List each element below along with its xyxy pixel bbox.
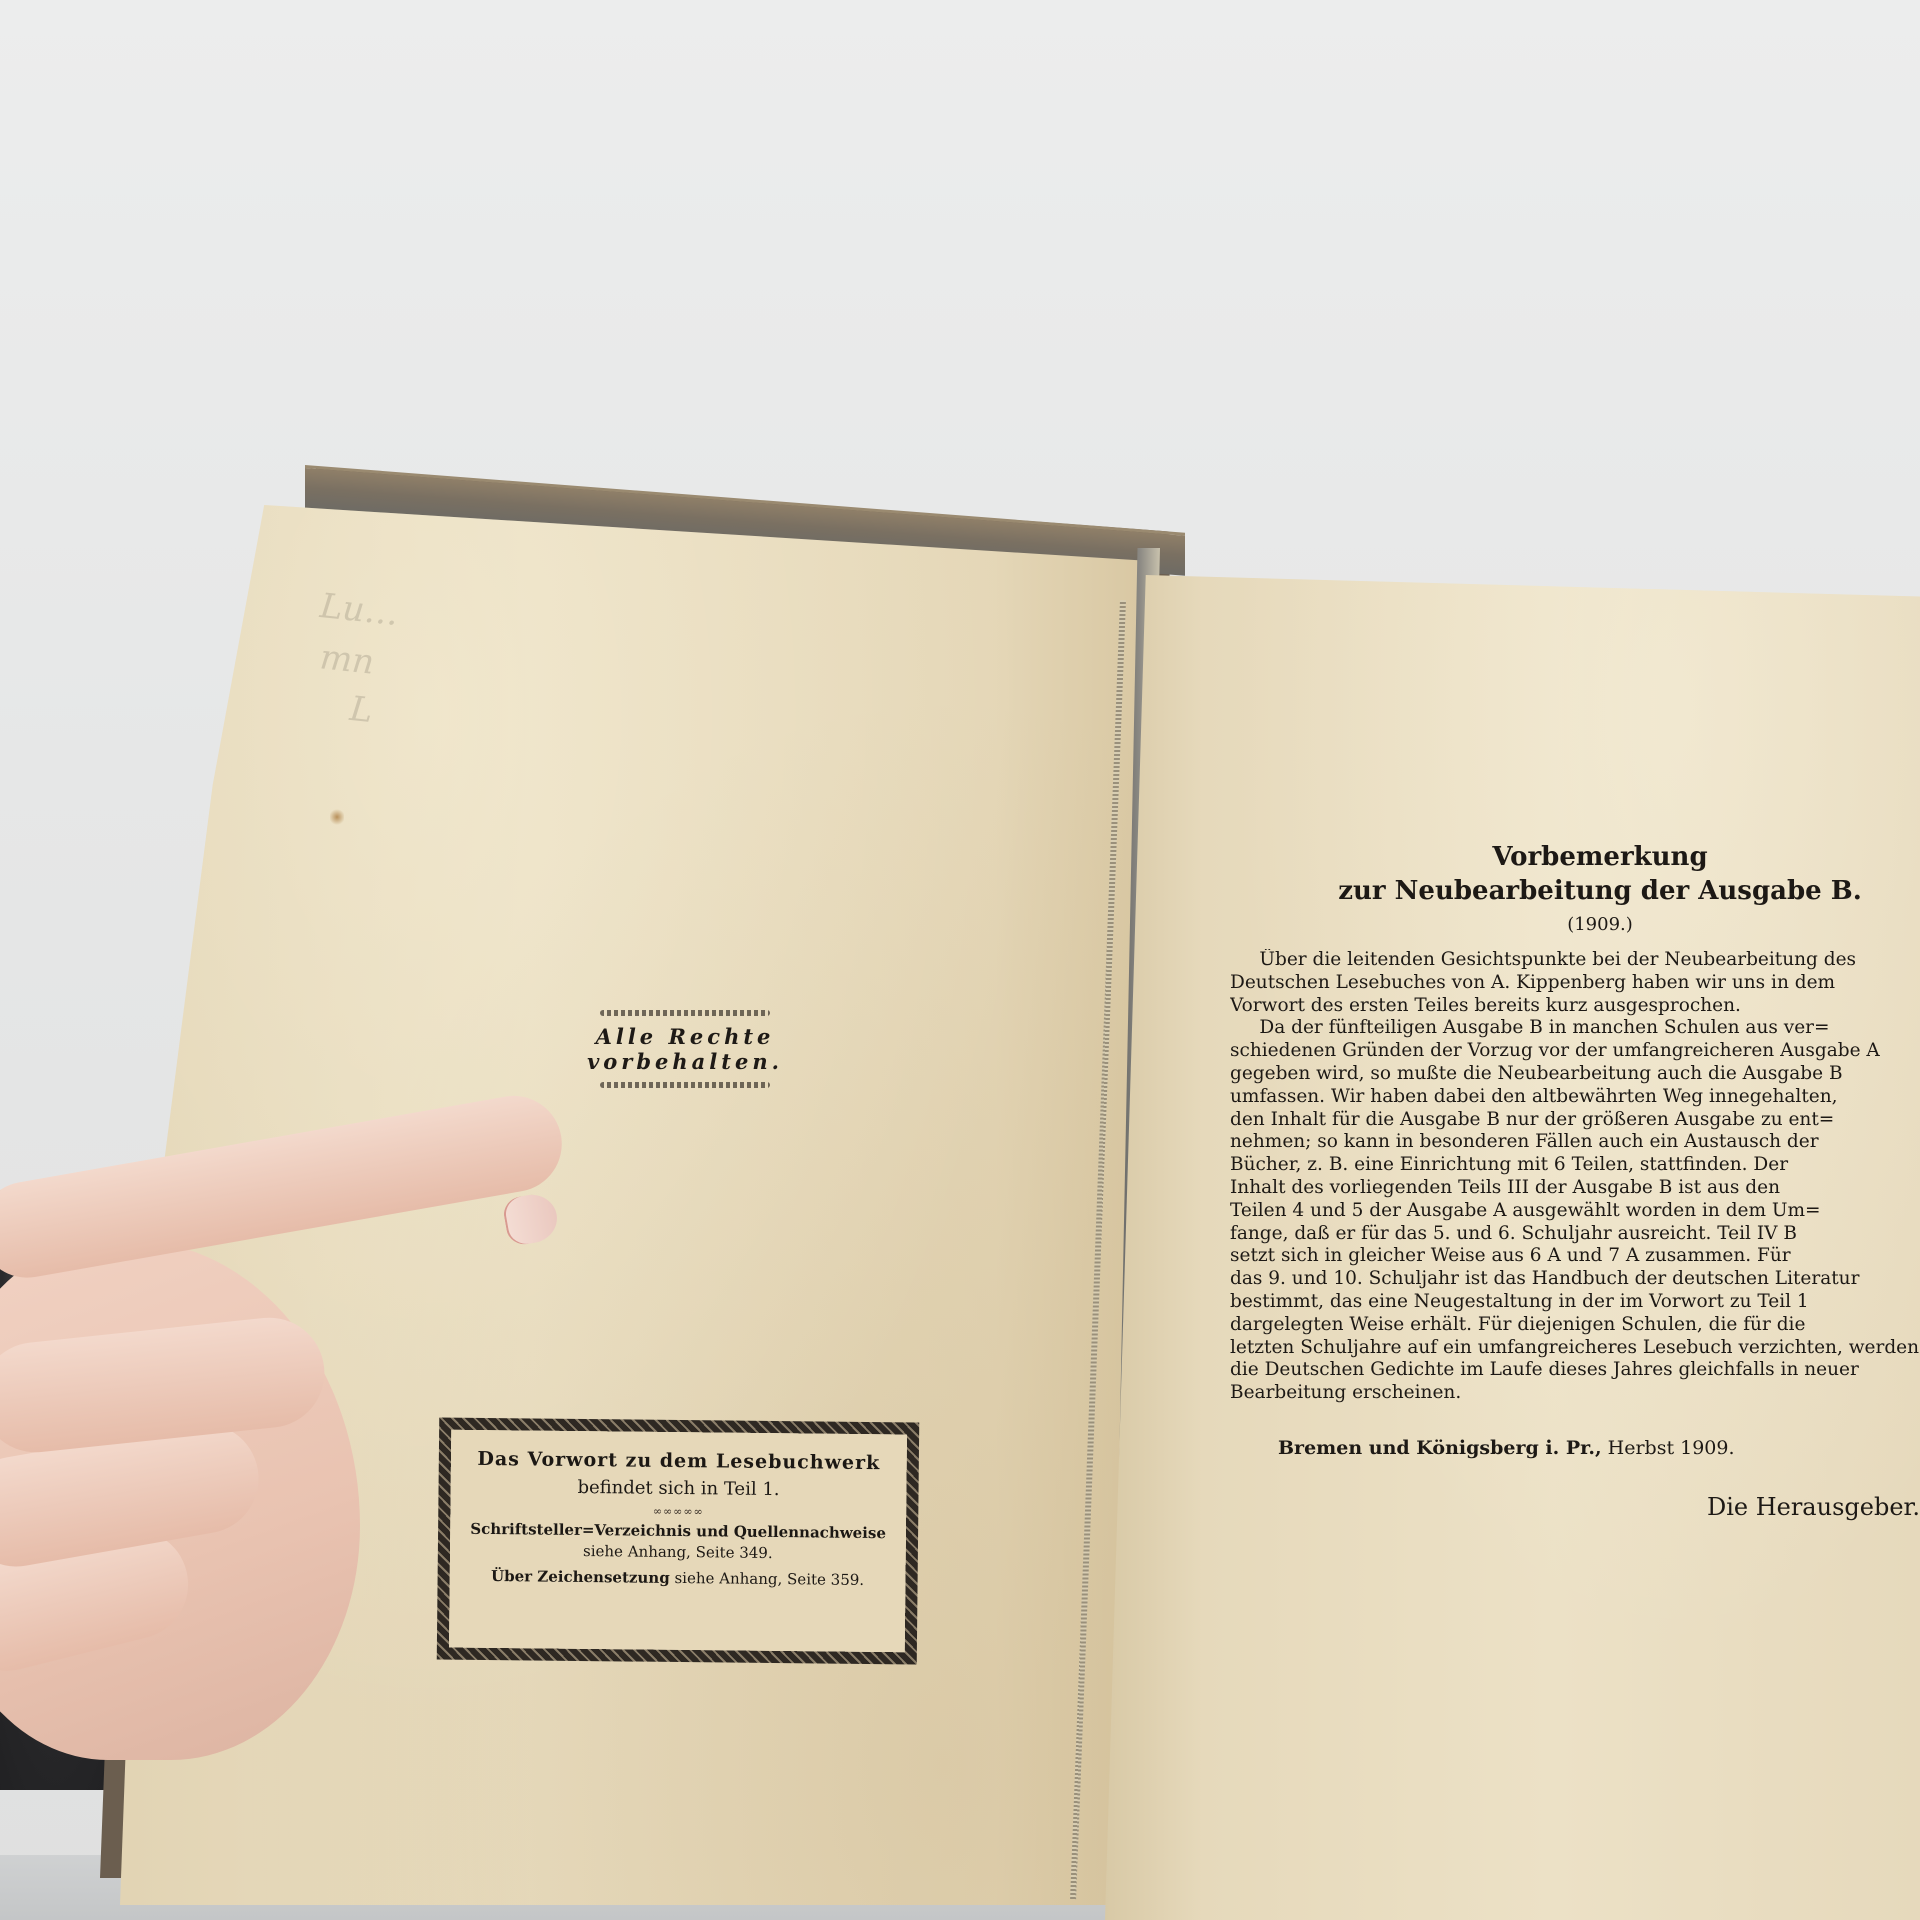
page-title: Vorbemerkung zur Neubearbeitung der Ausg… <box>1260 840 1920 908</box>
ornament-icon: ∞∞∞∞∞ <box>450 1503 906 1521</box>
body-line: gegeben wird, so mußte die Neubearbeitun… <box>1230 1063 1920 1086</box>
pencil-mark: L <box>348 689 375 731</box>
signature-date: Herbst 1909. <box>1602 1437 1735 1459</box>
notice-line-3: Schriftsteller=Verzeichnis und Quellenna… <box>450 1520 906 1543</box>
body-text: Über die leitenden Gesichtspunkte bei de… <box>1230 949 1920 1405</box>
ornament-rule-bottom <box>600 1082 770 1088</box>
body-line: Über die leitenden Gesichtspunkte bei de… <box>1230 949 1920 972</box>
paper-stain <box>330 808 344 826</box>
body-line: die Deutschen Gedichte im Laufe dieses J… <box>1230 1359 1920 1382</box>
rights-text: Alle Rechte vorbehalten. <box>555 1024 815 1074</box>
body-line: schiedenen Gründen der Vorzug vor der um… <box>1230 1040 1920 1063</box>
pencil-mark: mn <box>318 637 376 682</box>
notice-line-5: Über Zeichensetzung siehe Anhang, Seite … <box>450 1567 906 1590</box>
title-year: (1909.) <box>1260 914 1920 935</box>
body-line: Vorwort des ersten Teiles bereits kurz a… <box>1230 995 1920 1018</box>
body-line: Bücher, z. B. eine Einrichtung mit 6 Tei… <box>1230 1154 1920 1177</box>
notice-box: Das Vorwort zu dem Lesebuchwerk befindet… <box>437 1417 920 1664</box>
signature-line: Bremen und Königsberg i. Pr., Herbst 190… <box>1230 1437 1920 1459</box>
right-page-text: Vorbemerkung zur Neubearbeitung der Ausg… <box>1230 840 1920 1521</box>
body-line: Bearbeitung erscheinen. <box>1230 1382 1920 1405</box>
body-line: letzten Schuljahre auf ein umfangreicher… <box>1230 1337 1920 1360</box>
body-line: nehmen; so kann in besonderen Fällen auc… <box>1230 1131 1920 1154</box>
body-line: umfassen. Wir haben dabei den altbewährt… <box>1230 1086 1920 1109</box>
body-line: bestimmt, das eine Neugestaltung in der … <box>1230 1291 1920 1314</box>
ornament-rule-top <box>600 1010 770 1016</box>
notice-line-5-rest: siehe Anhang, Seite 359. <box>670 1569 865 1589</box>
notice-line-2: befindet sich in Teil 1. <box>450 1476 906 1502</box>
body-line: das 9. und 10. Schuljahr ist das Handbuc… <box>1230 1268 1920 1291</box>
editors-signature: Die Herausgeber. <box>1230 1493 1920 1521</box>
body-line: Deutschen Lesebuches von A. Kippenberg h… <box>1230 972 1920 995</box>
body-line: den Inhalt für die Ausgabe B nur der grö… <box>1230 1109 1920 1132</box>
notice-line-4: siehe Anhang, Seite 349. <box>450 1541 906 1564</box>
notice-line-1: Das Vorwort zu dem Lesebuchwerk <box>451 1448 907 1475</box>
body-line: Teilen 4 und 5 der Ausgabe A ausgewählt … <box>1230 1200 1920 1223</box>
rights-notice: Alle Rechte vorbehalten. <box>555 1010 815 1088</box>
body-line: dargelegten Weise erhält. Für diejenigen… <box>1230 1314 1920 1337</box>
body-line: Inhalt des vorliegenden Teils III der Au… <box>1230 1177 1920 1200</box>
signature-place: Bremen und Königsberg i. Pr., <box>1278 1437 1602 1459</box>
pencil-mark: Lu… <box>318 586 400 634</box>
title-line-2: zur Neubearbeitung der Ausgabe B. <box>1260 874 1920 908</box>
notice-line-5-bold: Über Zeichensetzung <box>491 1567 670 1587</box>
body-line: fange, daß er für das 5. und 6. Schuljah… <box>1230 1223 1920 1246</box>
body-line: Da der fünfteiligen Ausgabe B in manchen… <box>1230 1017 1920 1040</box>
title-line-1: Vorbemerkung <box>1260 840 1920 874</box>
body-line: setzt sich in gleicher Weise aus 6 A und… <box>1230 1245 1920 1268</box>
photo-scene: Lu… mn L Alle Rechte vorbehalten. Das Vo… <box>0 0 1920 1920</box>
